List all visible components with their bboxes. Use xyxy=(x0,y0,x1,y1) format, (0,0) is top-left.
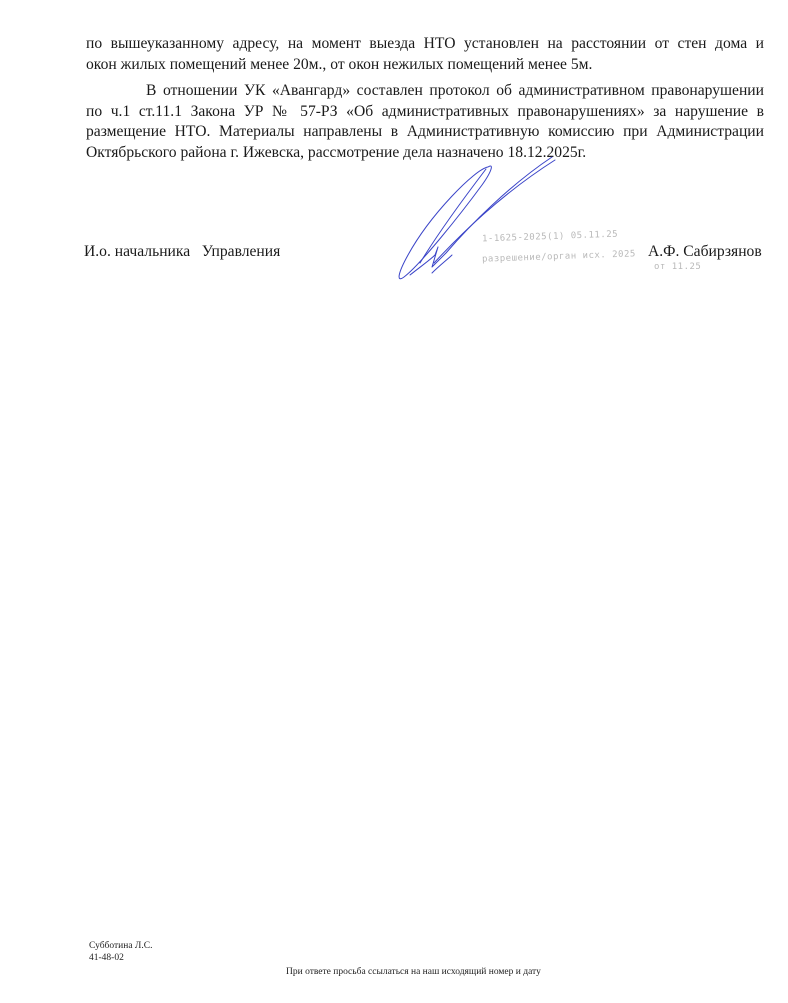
executor-name: Субботина Л.С. xyxy=(89,940,152,952)
registration-stamp-line: от 11.25 xyxy=(654,262,701,272)
handwritten-signature-icon xyxy=(390,155,590,285)
footer-reference-note: При ответе просьба ссылаться на наш исхо… xyxy=(286,967,541,977)
position-title: И.о. начальника Управления xyxy=(84,243,280,261)
executor-phone: 41-48-02 xyxy=(89,952,152,964)
document-page: по вышеуказанному адресу, на момент выез… xyxy=(0,0,788,1003)
signer-name: А.Ф. Сабирзянов xyxy=(648,243,762,261)
executor-info: Субботина Л.С. 41-48-02 xyxy=(89,940,152,964)
signature-block: И.о. начальника Управления 1-1625-2025(1… xyxy=(0,0,788,300)
